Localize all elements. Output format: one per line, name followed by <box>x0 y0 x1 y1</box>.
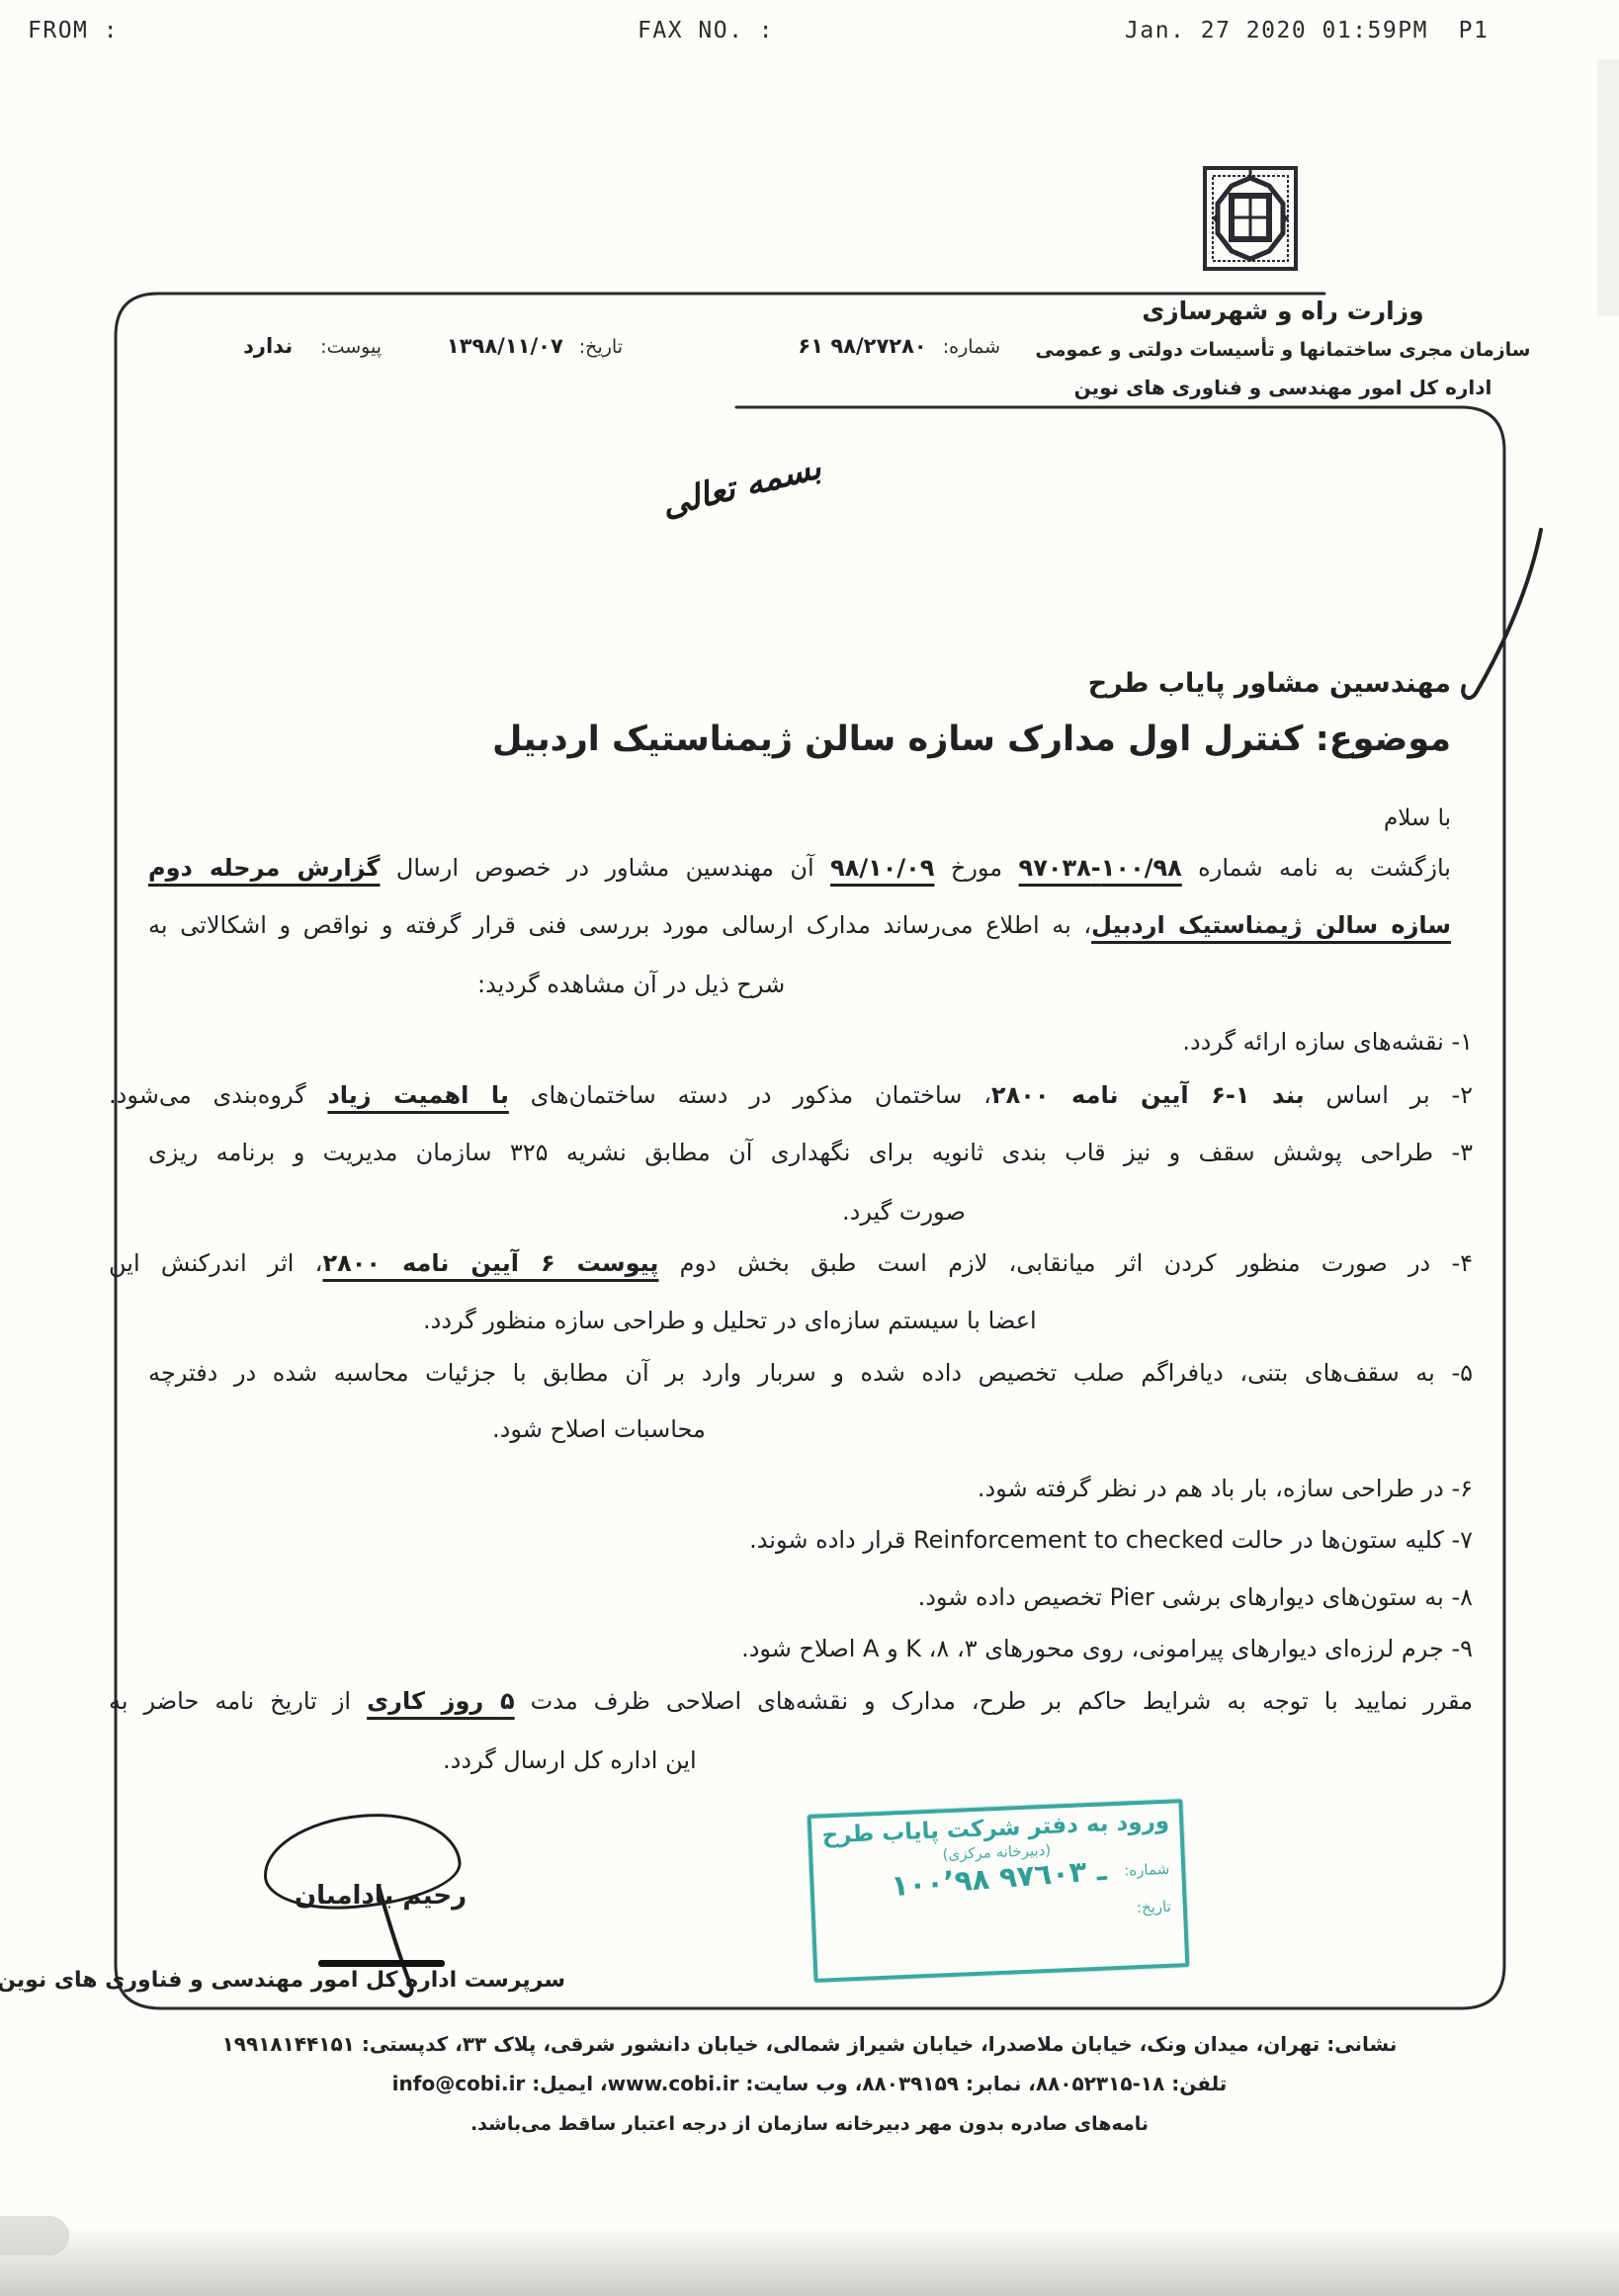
deadline-days: ۵ روز کاری <box>367 1687 514 1715</box>
intro-text: بازگشت به نامه شماره <box>1182 854 1451 882</box>
number-field: شماره:۹۸/۲۷۲۸۰ ۶۱ <box>613 334 1000 358</box>
pen-mark <box>1463 530 1541 698</box>
list-item-2: ۲- بر اساس بند ۱-۶ آیین نامه ۲۸۰۰، ساختم… <box>109 1075 1473 1115</box>
stamp-date-label: تاریخ: <box>1137 1898 1172 1916</box>
report-title-part2: سازه سالن ژیمناستیک اردبیل <box>1091 911 1451 939</box>
list-item-3: ۳- طراحی پوشش سقف و نیز قاب بندی ثانویه … <box>148 1133 1473 1172</box>
report-title-part1: گزارش مرحله دوم <box>148 854 381 882</box>
signatory-name: رحیم بادامیان <box>287 1876 474 1915</box>
signatory-title: سرپرست اداره کل امور مهندسی و فناوری های… <box>127 1961 565 2000</box>
scan-smudge-left <box>0 2216 69 2255</box>
code-clause-ref: بند ۱-۶ آیین نامه ۲۸۰۰ <box>991 1081 1305 1109</box>
referenced-letter-date: ۹۸/۱۰/۰۹ <box>830 854 934 882</box>
item-4-text: ، اثر اندرکنش این <box>109 1249 322 1277</box>
intro-line-3: شرح ذیل در آن مشاهده گردید: <box>477 965 785 1004</box>
intro-text: آن مهندسین مشاور در خصوص ارسال <box>381 854 831 882</box>
footer-address: نشانی: تهران، میدان ونک، خیابان ملاصدرا،… <box>93 2032 1526 2056</box>
date-label: تاریخ: <box>579 336 623 358</box>
intro-line-2: سازه سالن ژیمناستیک اردبیل، به اطلاع می‌… <box>148 905 1451 945</box>
scan-shadow-bottom <box>0 2226 1619 2296</box>
footer-disclaimer: نامه‌های صادره بدون مهر دبیرخانه سازمان … <box>93 2113 1526 2135</box>
referenced-letter-number: ۱۰۰/۹۸-۹۷۰۳۸ <box>1019 854 1182 882</box>
salutation: با سلام <box>1186 799 1451 838</box>
list-item-6: ۶- در طراحی سازه، بار باد هم در نظر گرفت… <box>791 1469 1473 1508</box>
list-item-8: ۸- به ستون‌های دیوارهای برشی Pier تخصیص … <box>692 1577 1473 1617</box>
list-item-5: ۵- به سقف‌های بتنی، دیافراگم صلب تخصیص د… <box>148 1353 1473 1393</box>
closing-text: از تاریخ نامه حاضر به <box>109 1687 367 1715</box>
list-item-4: ۴- در صورت منظور کردن اثر میانقابی، لازم… <box>109 1243 1473 1283</box>
subject-line: موضوع: کنترل اول مدارک سازه سالن ژیمناست… <box>435 720 1451 759</box>
footer-contact: تلفن: ۱۸-۸۸۰۵۲۳۱۵، نمابر: ۸۸۰۳۹۱۵۹، وب س… <box>93 2072 1526 2095</box>
entry-stamp: ورود به دفتر شرکت پایاب طرح (دبیرخانه مر… <box>808 1799 1190 1983</box>
importance-class: با اهمیت زیاد <box>327 1081 508 1109</box>
attachment-label: پیوست: <box>320 336 382 358</box>
item-2-text: ۲- بر اساس <box>1305 1081 1473 1109</box>
addressee-line: مهندسین مشاور پایاب طرح <box>988 664 1451 704</box>
scan-edge-right <box>1597 59 1619 316</box>
date-value: ۱۳۹۸/۱۱/۰۷ <box>447 334 563 358</box>
item-4-text: ۴- در صورت منظور کردن اثر میانقابی، لازم… <box>658 1249 1473 1277</box>
intro-text: مورخ <box>934 854 1018 882</box>
number-value: ۹۸/۲۷۲۸۰ ۶۱ <box>798 334 926 358</box>
attachment-field: پیوست:ندارد <box>166 334 382 358</box>
closing-line-1: مقرر نمایید با توجه به شرایط حاکم بر طرح… <box>109 1681 1473 1721</box>
scanned-fax-letter: FROM : FAX NO. : Jan. 27 2020 01:59PM P1… <box>0 0 1619 2296</box>
stamp-number-label: شماره: <box>1124 1860 1170 1880</box>
list-item-3-continuation: صورت گیرد. <box>842 1192 966 1232</box>
list-item-7: ۷- کلیه ستون‌ها در حالت Reinforcement to… <box>593 1520 1473 1560</box>
intro-line-1: بازگشت به نامه شماره ۱۰۰/۹۸-۹۷۰۳۸ مورخ ۹… <box>148 848 1451 888</box>
intro-text: ، به اطلاع می‌رساند مدارک ارسالی مورد بر… <box>148 911 1091 939</box>
list-item-5-continuation: محاسبات اصلاح شود. <box>492 1409 706 1449</box>
closing-line-2: این اداره کل ارسال گردد. <box>443 1741 697 1780</box>
appendix-ref: پیوست ۶ آیین نامه ۲۸۰۰ <box>322 1249 658 1277</box>
closing-text: مقرر نمایید با توجه به شرایط حاکم بر طرح… <box>515 1687 1473 1715</box>
item-2-text: ، ساختمان مذکور در دسته ساختمان‌های <box>509 1081 991 1109</box>
list-item-4-continuation: اعضا با سیستم سازه‌ای در تحلیل و طراحی س… <box>423 1301 1037 1340</box>
attachment-value: ندارد <box>243 334 293 358</box>
number-label: شماره: <box>943 336 1000 358</box>
list-item-1: ۱- نقشه‌های سازه ارائه گردد. <box>890 1022 1473 1062</box>
list-item-9: ۹- جرم لرزه‌ای دیوارهای پیرامونی، روی مح… <box>593 1629 1473 1668</box>
item-2-text: گروه‌بندی می‌شود. <box>109 1081 327 1109</box>
